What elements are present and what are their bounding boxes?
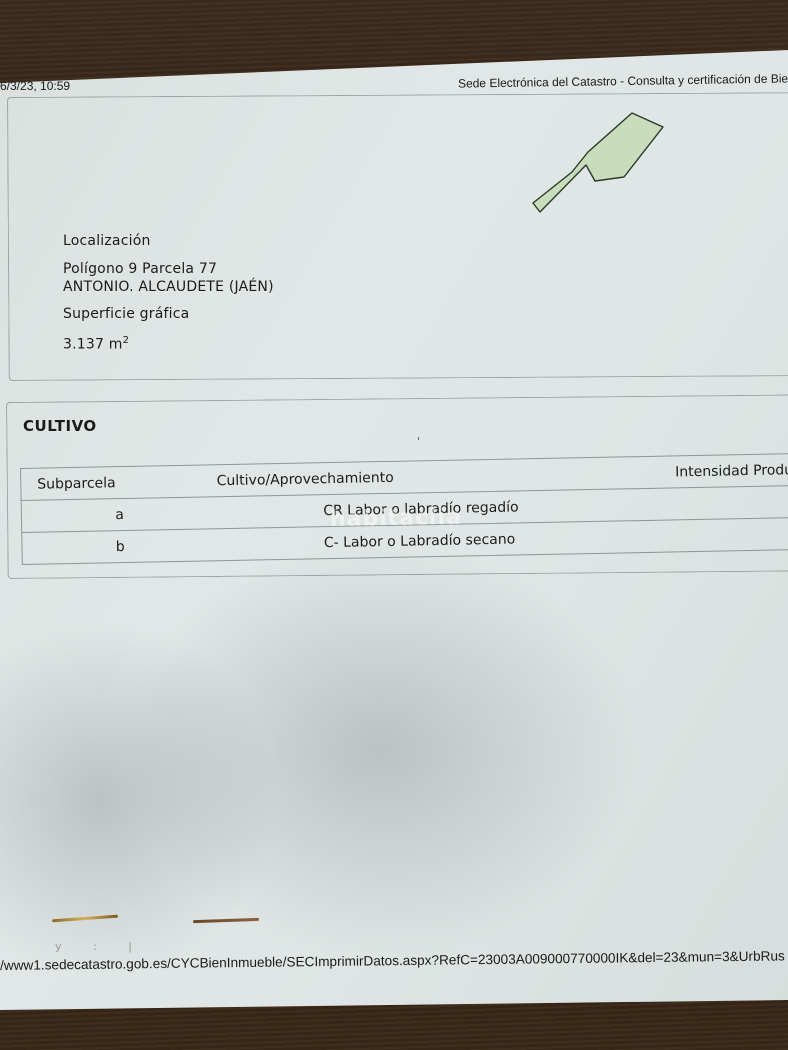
surface-value: 3.137 m2: [63, 335, 129, 353]
column-header: Subparcela: [21, 465, 217, 501]
location-label: Localización: [63, 233, 151, 249]
parcel-id: Polígono 9 Parcela 77: [63, 261, 217, 277]
intensidad-cell: [675, 485, 788, 520]
parcel-municipality: ANTONIO. ALCAUDETE (JAÉN): [63, 279, 274, 295]
column-header: Intensidad Producti: [675, 453, 788, 488]
section-title-cultivo: CULTIVO: [23, 417, 97, 435]
subparcela-cell: b: [22, 529, 218, 565]
subparcela-cell: a: [21, 497, 217, 533]
print-speck: [418, 437, 419, 440]
print-datetime: 6/3/23, 10:59: [0, 79, 70, 93]
pen-marks: y : |: [55, 940, 146, 953]
watermark: habitaclia: [330, 505, 463, 532]
surface-label: Superficie gráfica: [63, 306, 189, 322]
intensidad-cell: [676, 517, 788, 552]
parcel-shape-icon: [530, 105, 670, 215]
